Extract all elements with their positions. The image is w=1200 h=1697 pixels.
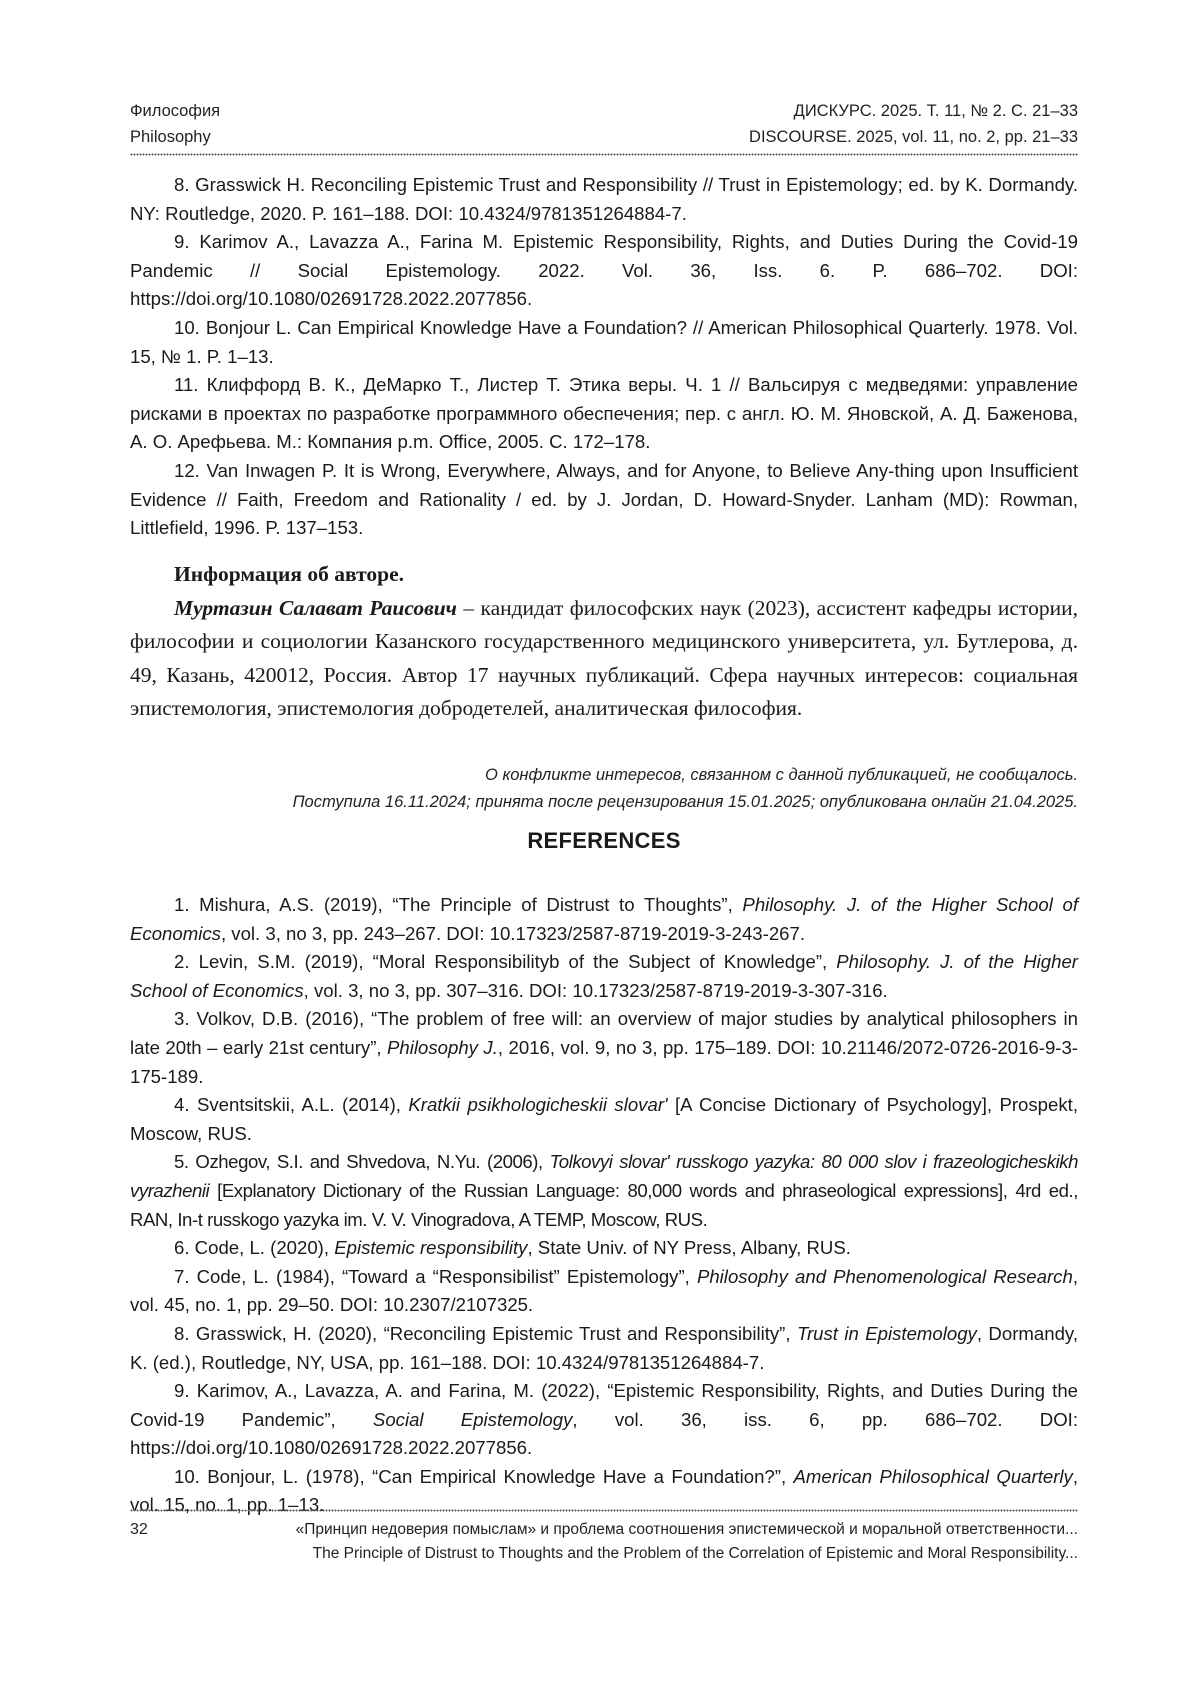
publication-dates-note: Поступила 16.11.2024; принята после реце…	[130, 789, 1078, 816]
reference-item: 10. Bonjour L. Can Empirical Knowledge H…	[130, 314, 1078, 371]
reference-item: 9. Karimov A., Lavazza A., Farina M. Epi…	[130, 228, 1078, 314]
section-name-ru: Философия	[130, 98, 220, 124]
section-name-en: Philosophy	[130, 124, 220, 150]
reference-item: 12. Van Inwagen P. It is Wrong, Everywhe…	[130, 457, 1078, 543]
article-title-ru: «Принцип недоверия помыслам» и проблема …	[296, 1518, 1078, 1542]
author-info: Информация об авторе. Муртазин Салават Р…	[130, 558, 1078, 726]
reference-item: 5. Ozhegov, S.I. and Shvedova, N.Yu. (20…	[130, 1148, 1078, 1234]
references-ru-list: 8. Grasswick H. Reconciling Epistemic Tr…	[130, 171, 1078, 543]
article-title-en: The Principle of Distrust to Thoughts an…	[296, 1542, 1078, 1566]
reference-item: 7. Code, L. (1984), “Toward a “Responsib…	[130, 1263, 1078, 1320]
reference-item: 4. Sventsitskii, A.L. (2014), Kratkii ps…	[130, 1091, 1078, 1148]
reference-item: 8. Grasswick H. Reconciling Epistemic Tr…	[130, 171, 1078, 228]
journal-citation-ru: ДИСКУРС. 2025. Т. 11, № 2. С. 21–33	[749, 98, 1078, 124]
reference-item: 9. Karimov, A., Lavazza, A. and Farina, …	[130, 1377, 1078, 1463]
footer-divider	[130, 1509, 1078, 1512]
running-header: Философия Philosophy ДИСКУРС. 2025. Т. 1…	[130, 98, 1078, 150]
references-heading: REFERENCES	[130, 828, 1078, 854]
conflict-of-interest-note: О конфликте интересов, связанном с данно…	[130, 762, 1078, 789]
reference-item: 6. Code, L. (2020), Epistemic responsibi…	[130, 1234, 1078, 1263]
page-number: 32	[130, 1518, 148, 1542]
reference-item: 1. Mishura, A.S. (2019), “The Principle …	[130, 891, 1078, 948]
author-info-heading: Информация об авторе.	[130, 558, 1078, 592]
author-name: Муртазин Салават Раисович	[174, 596, 457, 620]
reference-item: 8. Grasswick, H. (2020), “Reconciling Ep…	[130, 1320, 1078, 1377]
reference-item: 11. Клиффорд В. К., ДеМарко Т., Листер Т…	[130, 371, 1078, 457]
journal-citation-en: DISCOURSE. 2025, vol. 11, no. 2, pp. 21–…	[749, 124, 1078, 150]
author-info-body: Муртазин Салават Раисович – кандидат фил…	[130, 592, 1078, 726]
reference-item: 3. Volkov, D.B. (2016), “The problem of …	[130, 1005, 1078, 1091]
header-divider	[130, 153, 1078, 156]
references-en-list: 1. Mishura, A.S. (2019), “The Principle …	[130, 891, 1078, 1520]
publication-notes: О конфликте интересов, связанном с данно…	[130, 762, 1078, 816]
reference-item: 2. Levin, S.M. (2019), “Moral Responsibi…	[130, 948, 1078, 1005]
